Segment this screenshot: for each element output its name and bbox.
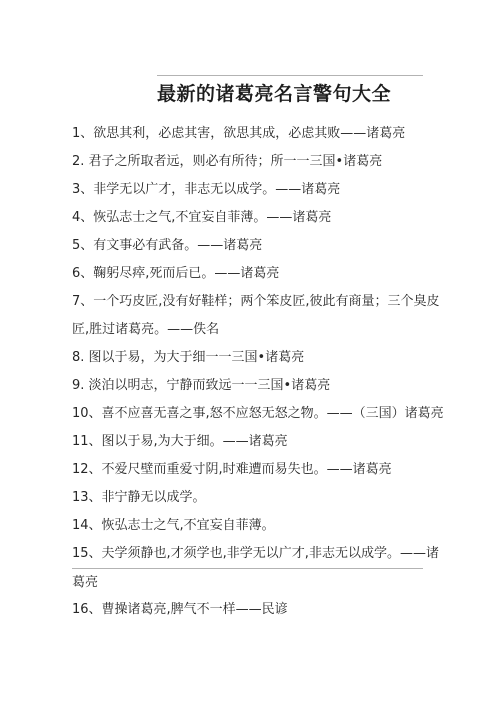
quote-line: 12、不爱尺壁而重爱寸阴,时难遭而易失也。——诸葛亮 (72, 456, 423, 484)
quote-line: 8. 图以于易，为大于细一一三国•诸葛亮 (72, 344, 423, 372)
quote-line: 1、欲思其利，必虑其害，欲思其成，必虑其败——诸葛亮 (72, 120, 423, 148)
quote-line: 6、鞠躬尽瘁,死而后已。——诸葛亮 (72, 260, 423, 288)
quote-line: 14、恢弘志士之气,不宜妄自菲薄。 (72, 512, 423, 540)
quote-line: 葛亮 (72, 568, 423, 596)
quote-line: 11、图以于易,为大于细。——诸葛亮 (72, 428, 423, 456)
page-title: 最新的诸葛亮名言警句大全 (157, 76, 423, 106)
quote-line: 16、曹操诸葛亮,脾气不一样——民谚 (72, 596, 423, 624)
quote-line: 5、有文事必有武备。——诸葛亮 (72, 232, 423, 260)
quote-line: 2. 君子之所取者远，则必有所待；所一一三国•诸葛亮 (72, 148, 423, 176)
quote-line: 3、非学无以广才，非志无以成学。——诸葛亮 (72, 176, 423, 204)
quote-line: 7、一个巧皮匠,没有好鞋样；两个笨皮匠,彼此有商量；三个臭皮 (72, 288, 423, 316)
quote-line: 15、夫学须静也,才须学也,非学无以广才,非志无以成学。——诸 (72, 540, 423, 568)
quote-line: 9. 淡泊以明志，宁静而致远一一三国•诸葛亮 (72, 372, 423, 400)
quote-line: 10、喜不应喜无喜之事,怒不应怒无怒之物。——（三国）诸葛亮 (72, 400, 423, 428)
quote-list: 1、欲思其利，必虑其害，欲思其成，必虑其败——诸葛亮2. 君子之所取者远，则必有… (72, 120, 423, 624)
quote-line: 匠,胜过诸葛亮。——佚名 (72, 316, 423, 344)
title-block: 最新的诸葛亮名言警句大全 (157, 75, 423, 106)
document-page: 最新的诸葛亮名言警句大全 1、欲思其利，必虑其害，欲思其成，必虑其败——诸葛亮2… (0, 0, 500, 708)
quote-line: 13、非宁静无以成学。 (72, 484, 423, 512)
quote-line: 4、恢弘志士之气,不宜妄自菲薄。——诸葛亮 (72, 204, 423, 232)
